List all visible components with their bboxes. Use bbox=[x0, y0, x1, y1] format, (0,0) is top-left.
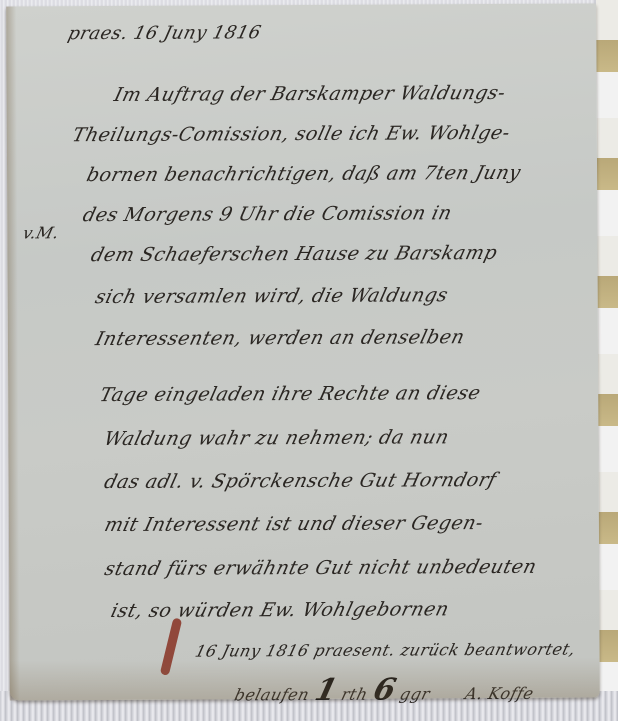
footer-amount-unit-2: ggr bbox=[398, 684, 432, 703]
body-line-6: sich versamlen wird, die Waldungs bbox=[93, 284, 450, 308]
body-line-8: Tage eingeladen ihre Rechte an diese bbox=[98, 382, 484, 406]
red-wax-mark bbox=[160, 617, 182, 675]
body-line-2: Theilungs-Comission, solle ich Ew. Wohlg… bbox=[70, 122, 512, 146]
body-line-10: das adl. v. Spörckensche Gut Horndorf bbox=[102, 469, 499, 493]
footer-line-2: belaufen 1 rth 6 ggr A. Koffe bbox=[232, 672, 539, 709]
received-date-heading: praes. 16 Juny 1816 bbox=[66, 22, 264, 44]
body-line-13: ist, so würden Ew. Wohlgebornen bbox=[109, 598, 452, 622]
body-line-11: mit Interessent ist und dieser Gegen- bbox=[102, 512, 486, 536]
body-line-9: Waldung wahr zu nehmen; da nun bbox=[102, 426, 452, 450]
body-line-3: bornen benachrichtigen, daß am 7ten Juny bbox=[84, 162, 523, 186]
footer-amount-unit-1: rth bbox=[339, 685, 370, 704]
footer-amount-rthaler: 1 bbox=[311, 673, 341, 708]
body-line-7: Interessenten, werden an denselben bbox=[93, 326, 467, 350]
footer-line-1: 16 Juny 1816 praesent. zurück beantworte… bbox=[193, 640, 577, 661]
letter-paper: praes. 16 Juny 1816 v.M. Im Auftrag der … bbox=[6, 3, 600, 700]
body-line-1: Im Auftrag der Barskamper Waldungs- bbox=[112, 82, 508, 106]
body-line-12: stand fürs erwähnte Gut nicht unbedeuten bbox=[102, 556, 539, 580]
signature: A. Koffe bbox=[463, 684, 536, 703]
body-line-4: des Morgens 9 Uhr die Comission in bbox=[81, 202, 455, 226]
margin-note: v.M. bbox=[21, 223, 61, 242]
footer-amount-groschen: 6 bbox=[370, 672, 400, 707]
footer-amount-label: belaufen bbox=[232, 685, 311, 704]
body-line-5: dem Schaeferschen Hause zu Barskamp bbox=[89, 242, 500, 266]
